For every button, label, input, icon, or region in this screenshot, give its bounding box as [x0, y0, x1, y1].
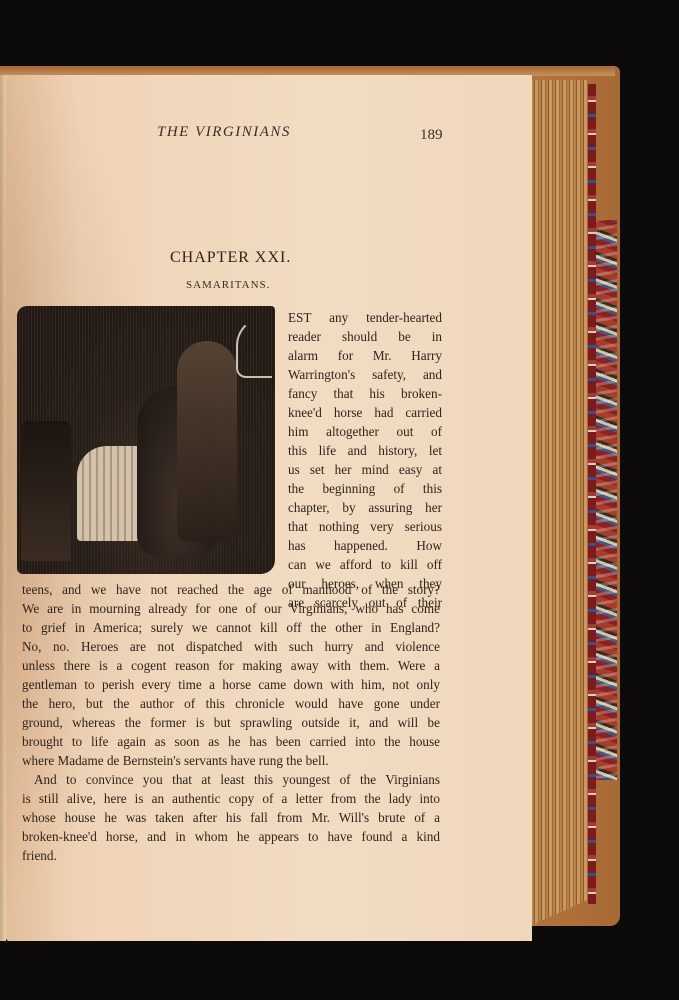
running-head: THE VIRGINIANS — [157, 124, 291, 141]
page-fore-edge — [532, 80, 588, 925]
text-line: gentleman to perish every time a horse c… — [22, 675, 440, 694]
text-line: friend. — [22, 846, 440, 865]
text-line: No, no. Heroes are not dispatched with s… — [22, 637, 440, 656]
text-line: has happened. How — [288, 536, 442, 555]
text-line: And to convince you that at least this y… — [22, 770, 440, 789]
text-line: ground, whereas the former is but sprawl… — [22, 713, 440, 732]
text-line: can we afford to kill off — [288, 555, 442, 574]
text-line: Warrington's safety, and — [288, 365, 442, 384]
text-line: EST any tender-hearted — [288, 308, 442, 327]
text-line: whose house he was taken after his fall … — [22, 808, 440, 827]
text-line: the beginning of this — [288, 479, 442, 498]
text-line: teens, and we have not reached the age o… — [22, 580, 440, 599]
text-line: where Madame de Bernstein's servants hav… — [22, 751, 440, 770]
chair-shape — [21, 421, 71, 561]
text-line: alarm for Mr. Harry — [288, 346, 442, 365]
text-line: unless there is a cogent reason for maki… — [22, 656, 440, 675]
text-line: We are in mourning already for one of ou… — [22, 599, 440, 618]
full-width-text: teens, and we have not reached the age o… — [22, 580, 440, 865]
text-line: fancy that his broken- — [288, 384, 442, 403]
gutter-edge — [0, 75, 6, 941]
page-number: 189 — [420, 127, 443, 144]
marbled-page-edge — [588, 84, 596, 904]
text-line: us set her mind easy at — [288, 460, 442, 479]
text-line: the hero, but the author of this chronic… — [22, 694, 440, 713]
text-line: knee'd horse had carried — [288, 403, 442, 422]
text-line: this life and history, let — [288, 441, 442, 460]
text-line: is still alive, here is an authentic cop… — [22, 789, 440, 808]
chapter-title: CHAPTER XXI. — [170, 249, 291, 267]
text-line: reader should be in — [288, 327, 442, 346]
wrapped-text-column: EST any tender-hearted reader should be … — [288, 308, 442, 612]
text-line: him altogether out of — [288, 422, 442, 441]
man-figure — [177, 341, 237, 541]
text-line: that nothing very serious — [288, 517, 442, 536]
chapter-subtitle: SAMARITANS. — [186, 279, 270, 291]
text-line: brought to life again as soon as he has … — [22, 732, 440, 751]
text-line: broken-knee'd horse, and in whom he appe… — [22, 827, 440, 846]
text-line: chapter, by assuring her — [288, 498, 442, 517]
cover-top-edge — [0, 66, 615, 76]
text-line: to grief in America; surely we cannot ki… — [22, 618, 440, 637]
